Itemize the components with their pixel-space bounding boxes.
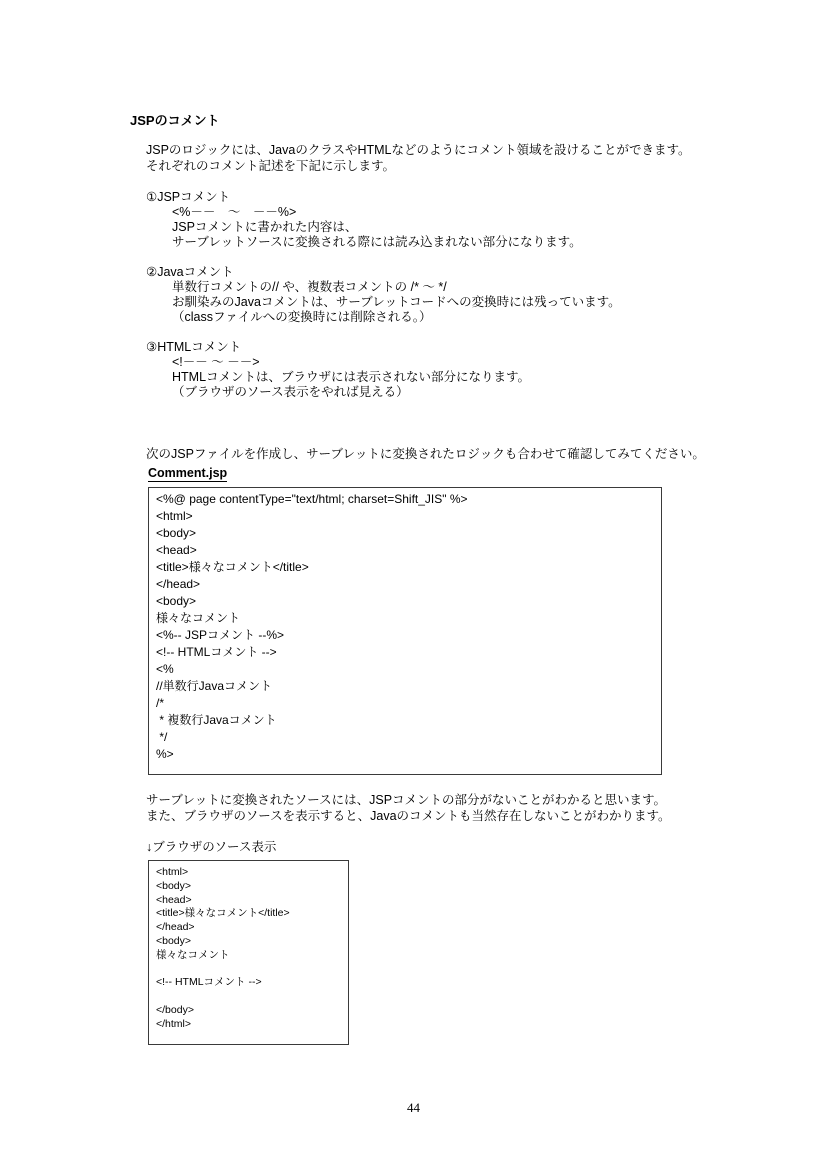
section-java-comment-body: 単数行コメントの// や、複数表コメントの /* ～ */ お馴染みのJavaコ… — [172, 280, 621, 325]
page-title: JSPのコメント — [130, 110, 220, 129]
section-java-comment: ②Javaコメント 単数行コメントの// や、複数表コメントの /* ～ */ … — [146, 265, 621, 325]
section-java-comment-heading: ②Javaコメント — [146, 265, 621, 280]
browser-source-code-box: <html> <body> <head> <title>様々なコメント</tit… — [148, 860, 349, 1045]
result-note: サーブレットに変換されたソースには、JSPコメントの部分がないことがわかると思い… — [146, 793, 671, 824]
document-page: JSPのコメント JSPのロジックには、JavaのクラスやHTMLなどのようにコ… — [0, 0, 827, 1169]
section-html-comment: ③HTMLコメント <!－－ ～ －－> HTMLコメントは、ブラウザには表示さ… — [146, 340, 621, 400]
comment-type-sections: ①JSPコメント <%－－ ～ －－%> JSPコメントに書かれた内容は、 サー… — [146, 190, 621, 415]
section-html-comment-body: <!－－ ～ －－> HTMLコメントは、ブラウザには表示されない部分になります… — [172, 355, 621, 400]
browser-source-label: ↓ブラウザのソース表示 — [146, 837, 276, 855]
section-jsp-comment-heading: ①JSPコメント — [146, 190, 621, 205]
instruction-text: 次のJSPファイルを作成し、サーブレットに変換されたロジックも合わせて確認してみ… — [146, 444, 705, 462]
section-jsp-comment-body: <%－－ ～ －－%> JSPコメントに書かれた内容は、 サーブレットソースに変… — [172, 205, 621, 250]
comment-jsp-code-box: <%@ page contentType="text/html; charset… — [148, 487, 662, 775]
comment-jsp-code: <%@ page contentType="text/html; charset… — [149, 488, 661, 766]
comment-jsp-label: Comment.jsp — [148, 466, 227, 482]
page-number: 44 — [0, 1100, 827, 1116]
browser-source-code: <html> <body> <head> <title>様々なコメント</tit… — [149, 861, 348, 1037]
section-jsp-comment: ①JSPコメント <%－－ ～ －－%> JSPコメントに書かれた内容は、 サー… — [146, 190, 621, 250]
intro-paragraph: JSPのロジックには、JavaのクラスやHTMLなどのようにコメント領域を設ける… — [146, 143, 690, 174]
section-html-comment-heading: ③HTMLコメント — [146, 340, 621, 355]
